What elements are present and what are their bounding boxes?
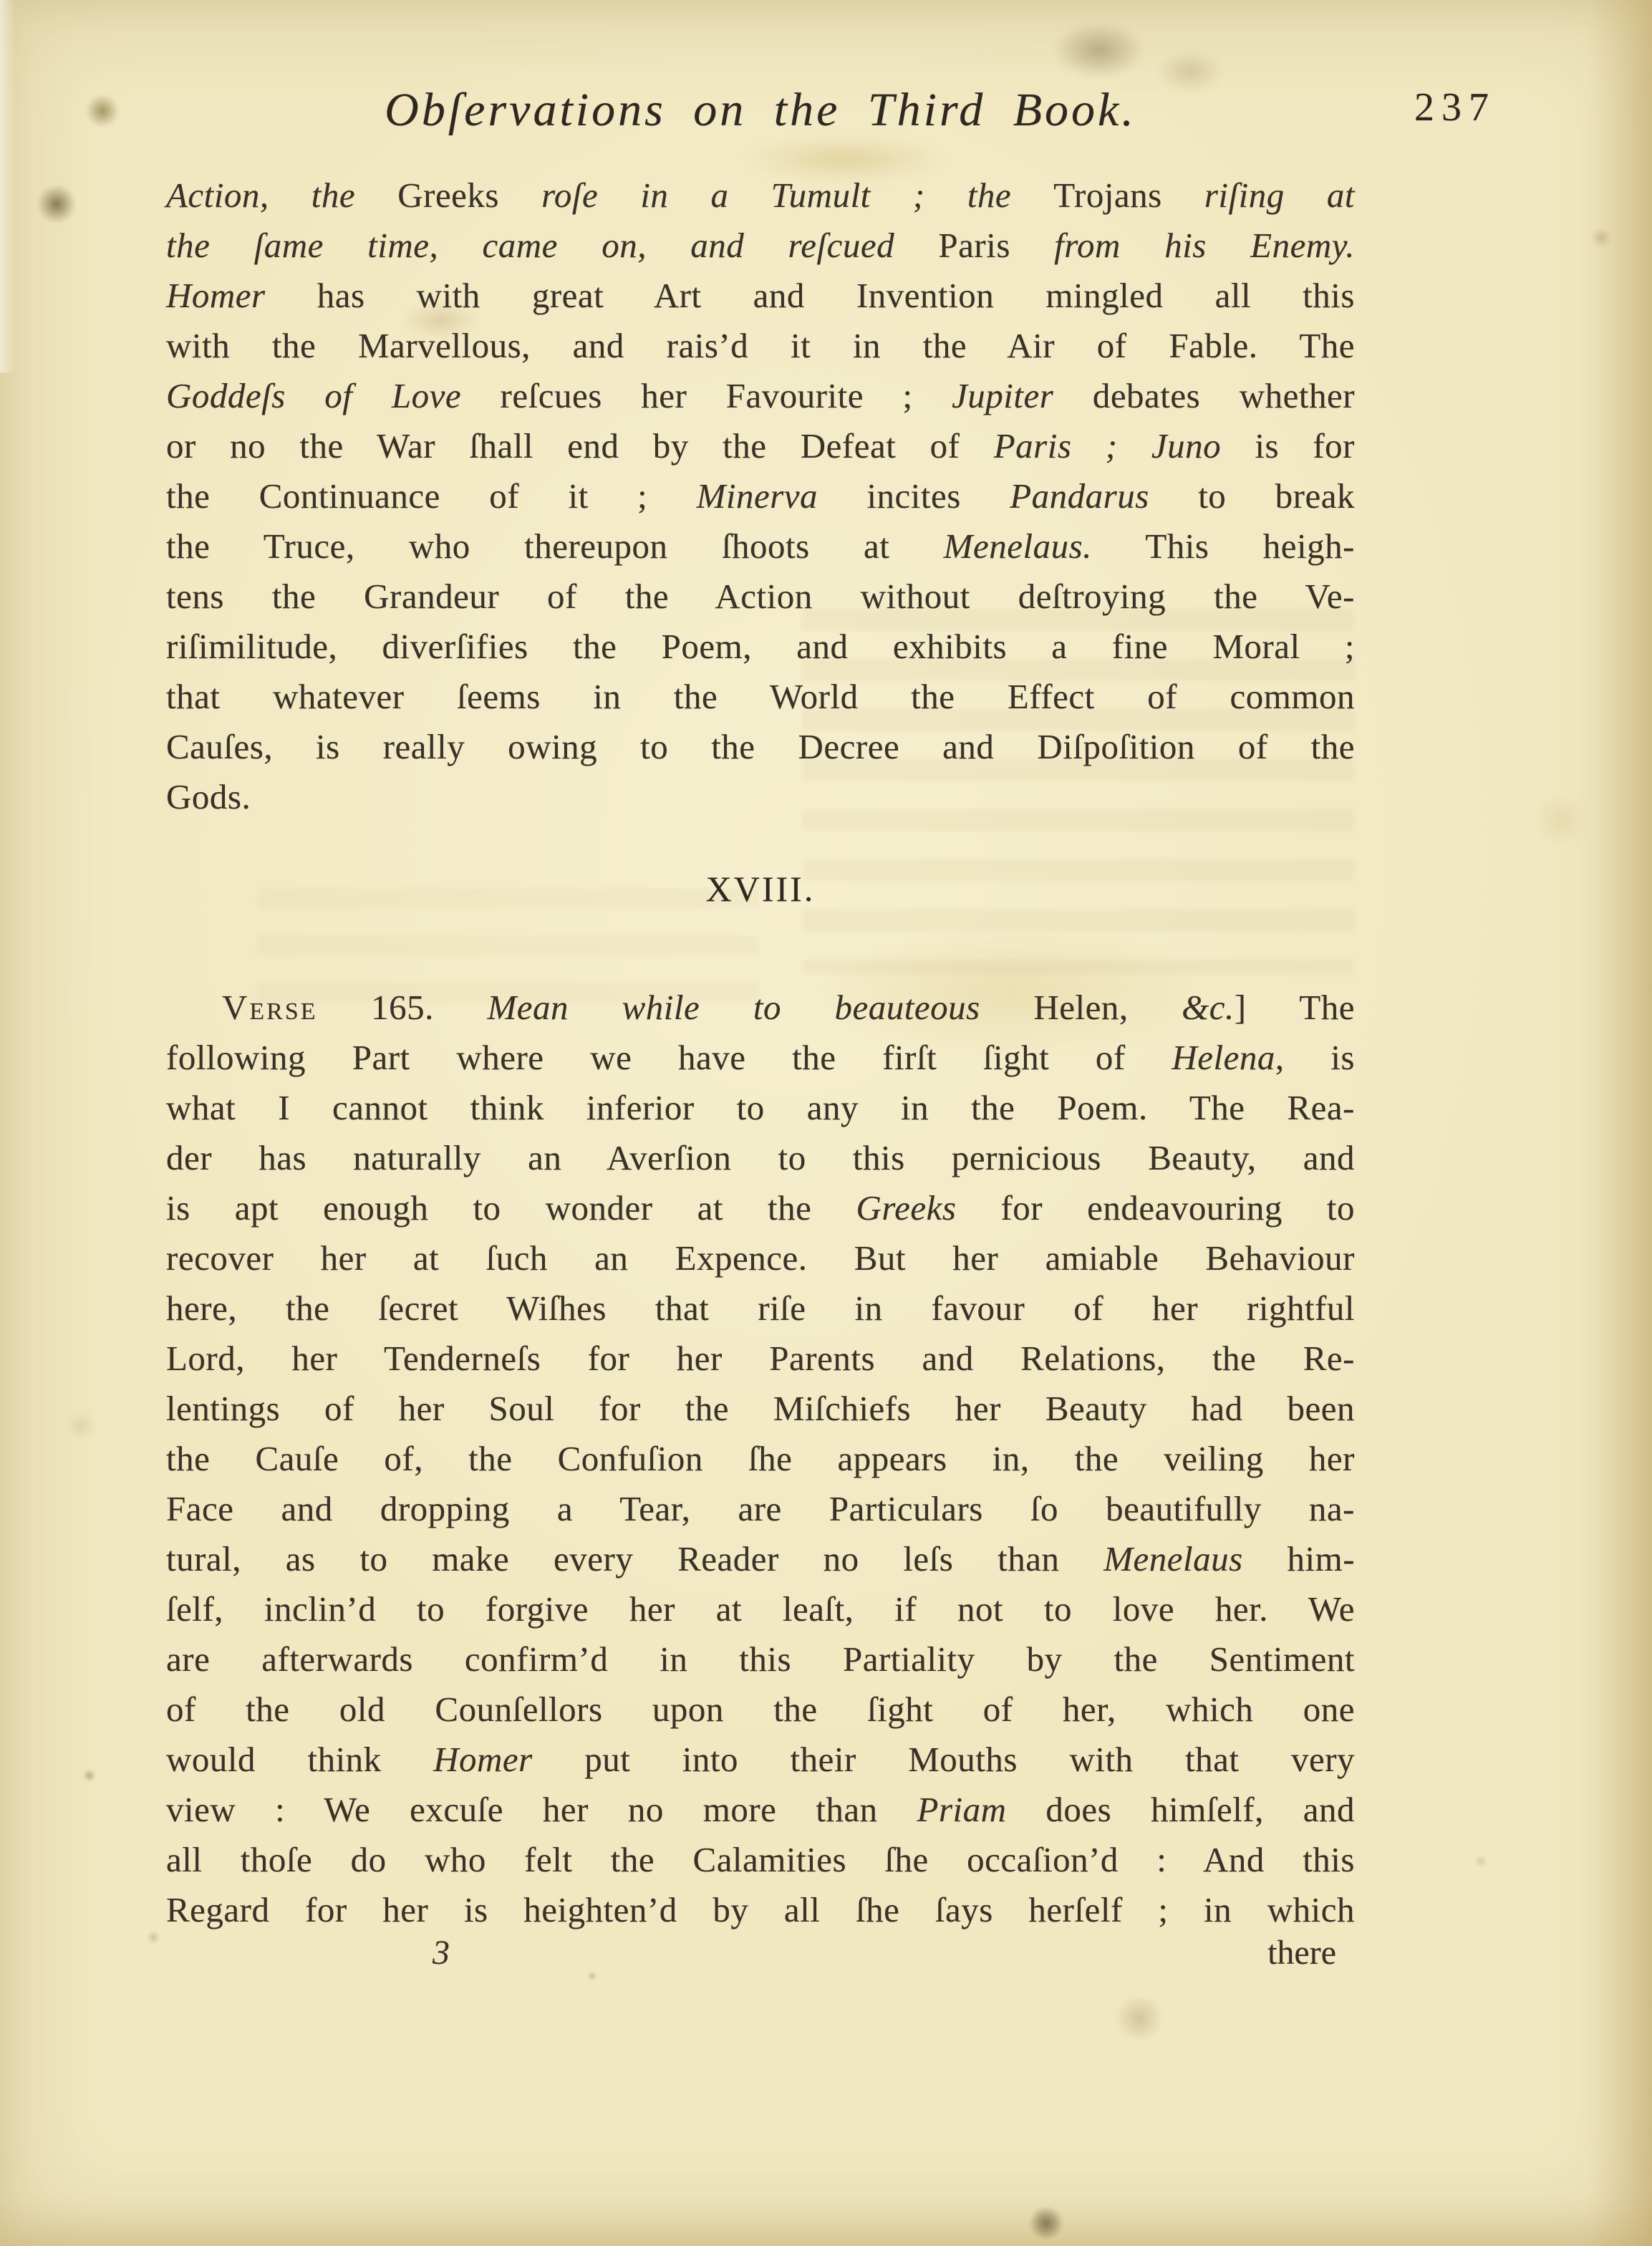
text-run: ] The (1235, 988, 1355, 1027)
text-line: or no the War ſhall end by the Defeat of… (166, 421, 1355, 471)
text-run: incites (866, 476, 1010, 516)
text-run: Regard for her is heighten’d by all ſhe … (166, 1890, 1355, 1929)
signature-mark: 3 (433, 1928, 450, 1978)
text-line: ſelf, inclin’d to forgive her at leaſt, … (166, 1584, 1355, 1634)
section-heading: XVIII. (166, 868, 1355, 910)
text-run: This heigh- (1092, 526, 1355, 566)
text-line: recover her at ſuch an Expence. But her … (166, 1233, 1355, 1283)
text-line: would think Homer put into their Mouths … (166, 1735, 1355, 1785)
text-line: Action, the Greeks roſe in a Tumult ; th… (166, 170, 1355, 221)
italic-text-run: Paris ; Juno (994, 426, 1255, 466)
foxing-spot (83, 1769, 96, 1782)
text-run: Trojans (1053, 175, 1204, 215)
text-line: tens the Grandeur of the Action without … (166, 572, 1355, 622)
text-line: view : We excuſe her no more than Priam … (166, 1785, 1355, 1835)
text-run: the Truce, who thereupon ſhoots at (166, 526, 944, 566)
book-page-scan: Obſervations on the Third Book. 237 Acti… (0, 0, 1652, 2246)
text-line: with the Marvellous, and rais’d it in th… (166, 321, 1355, 371)
text-run: tens the Grandeur of the Action without … (166, 577, 1355, 616)
italic-text-run: roſe in a Tumult ; the (541, 175, 1053, 215)
catchword: there (1267, 1928, 1336, 1978)
text-run: are afterwards confirm’d in this Partial… (166, 1639, 1355, 1679)
italic-text-run: Action, the (166, 175, 397, 215)
italic-text-run: Minerva (697, 476, 867, 516)
italic-text-run: &c. (1182, 988, 1235, 1027)
text-line: the ſame time, came on, and reſcued Pari… (166, 221, 1355, 271)
text-run: riſimilitude, diverſifies the Poem, and … (166, 627, 1355, 666)
text-run: would think (166, 1740, 433, 1779)
text-run: the Cauſe of, the Confuſion ſhe appears … (166, 1439, 1355, 1478)
text-run: debates whether (1093, 376, 1355, 415)
text-line: Lord, her Tenderneſs for her Parents and… (166, 1334, 1355, 1384)
text-line: the Cauſe of, the Confuſion ſhe appears … (166, 1434, 1355, 1484)
text-run: does himſelf, and (1045, 1790, 1355, 1829)
text-run: Face and dropping a Tear, are Particular… (166, 1489, 1355, 1528)
text-run: the Continuance of it ; (166, 476, 697, 516)
foxing-spot (148, 1929, 159, 1945)
page-edge-shading (1588, 0, 1652, 2246)
text-run: recover her at ſuch an Expence. But her … (166, 1238, 1355, 1278)
text-run: der has naturally an Averſion to this pe… (166, 1138, 1355, 1177)
text-line: is apt enough to wonder at the Greeks fo… (166, 1183, 1355, 1233)
italic-text-run: Goddeſs of Love (166, 376, 501, 415)
text-run: Paris (938, 226, 1054, 265)
text-line: Cauſes, is really owing to the Decree an… (166, 722, 1355, 772)
text-run: reſcues her Favourite ; (501, 376, 952, 415)
foxing-spot (66, 1412, 96, 1440)
text-line: the Continuance of it ; Minerva incites … (166, 471, 1355, 521)
text-line: all thoſe do who felt the Calamities ſhe… (166, 1835, 1355, 1885)
text-block: Action, the Greeks roſe in a Tumult ; th… (166, 0, 1355, 2246)
text-run: all thoſe do who felt the Calamities ſhe… (166, 1840, 1355, 1879)
text-line: Face and dropping a Tear, are Particular… (166, 1484, 1355, 1534)
text-run: following Part where we have the firſt ſ… (166, 1038, 1172, 1077)
page-number: 237 (1414, 85, 1496, 130)
text-run: for endeavouring to (1000, 1188, 1355, 1228)
italic-text-run: Menelaus. (944, 526, 1092, 566)
foxing-spot (86, 95, 119, 127)
paragraph-verse-165: Verse 165. Mean while to beauteous Helen… (166, 983, 1355, 1935)
italic-text-run: Priam (917, 1790, 1046, 1829)
text-line: of the old Counſellors upon the ſight of… (166, 1684, 1355, 1735)
text-run: Cauſes, is really owing to the Decree an… (166, 727, 1355, 766)
text-run: what I cannot think inferior to any in t… (166, 1088, 1355, 1127)
text-line: lentings of her Soul for the Miſchiefs h… (166, 1384, 1355, 1434)
text-run: of the old Counſellors upon the ſight of… (166, 1690, 1355, 1729)
text-line: what I cannot think inferior to any in t… (166, 1083, 1355, 1133)
text-run: tural, as to make every Reader no leſs t… (166, 1539, 1103, 1579)
text-run: lentings of her Soul for the Miſchiefs h… (166, 1389, 1355, 1428)
text-line: Verse 165. Mean while to beauteous Helen… (166, 983, 1355, 1033)
text-run: or no the War ſhall end by the Defeat of (166, 426, 994, 466)
italic-text-run: Jupiter (952, 376, 1093, 415)
text-run: with the Marvellous, and rais’d it in th… (166, 326, 1355, 365)
text-run: him- (1287, 1539, 1355, 1579)
text-run: Lord, her Tenderneſs for her Parents and… (166, 1339, 1355, 1378)
page-footer: 3 there (166, 1928, 1355, 1980)
text-run: , is (1275, 1038, 1355, 1077)
text-line: that whatever ſeems in the World the Eff… (166, 672, 1355, 722)
text-line: here, the ſecret Wiſhes that riſe in fav… (166, 1283, 1355, 1334)
italic-text-run: from his Enemy. (1054, 226, 1355, 265)
italic-text-run: Menelaus (1103, 1539, 1287, 1579)
text-run: Helen, (1033, 988, 1182, 1027)
text-line: Goddeſs of Love reſcues her Favourite ; … (166, 371, 1355, 421)
text-line: the Truce, who thereupon ſhoots at Menel… (166, 521, 1355, 572)
text-run: is for (1255, 426, 1355, 466)
italic-text-run: Mean while to beauteous (487, 988, 1033, 1027)
text-run: has with great Art and Invention mingled… (317, 276, 1355, 315)
italic-text-run: the ſame time, came on, and reſcued (166, 226, 938, 265)
italic-text-run: Homer (433, 1740, 584, 1779)
text-line: are afterwards confirm’d in this Partial… (166, 1634, 1355, 1684)
text-run: ſelf, inclin’d to forgive her at leaſt, … (166, 1589, 1355, 1629)
text-run: to break (1198, 476, 1355, 516)
text-run: here, the ſecret Wiſhes that riſe in fav… (166, 1288, 1355, 1328)
text-line: Gods. (166, 772, 1355, 822)
text-line: riſimilitude, diverſifies the Poem, and … (166, 622, 1355, 672)
italic-text-run: riſing at (1204, 175, 1355, 215)
small-caps-text-run: Verse (222, 988, 318, 1027)
paragraph-continuation: Action, the Greeks roſe in a Tumult ; th… (166, 170, 1355, 822)
text-line: following Part where we have the firſt ſ… (166, 1033, 1355, 1083)
italic-text-run: Pandarus (1010, 476, 1198, 516)
text-run: Gods. (166, 777, 251, 816)
text-line: Homer has with great Art and Invention m… (166, 271, 1355, 321)
foxing-spot (1591, 228, 1611, 248)
text-run: view : We excuſe her no more than (166, 1790, 917, 1829)
italic-text-run: Helena (1172, 1038, 1275, 1077)
italic-text-run: Homer (166, 276, 317, 315)
stain (1532, 795, 1590, 845)
text-run: Greeks (397, 175, 541, 215)
text-run: that whatever ſeems in the World the Eff… (166, 677, 1355, 716)
text-line: der has naturally an Averſion to this pe… (166, 1133, 1355, 1183)
text-run: put into their Mouths with that very (584, 1740, 1355, 1779)
text-line: tural, as to make every Reader no leſs t… (166, 1534, 1355, 1584)
foxing-spot (37, 185, 76, 223)
scan-edge-highlight (0, 0, 16, 372)
italic-text-run: Greeks (856, 1188, 1000, 1228)
foxing-spot (1474, 1855, 1488, 1868)
text-run: is apt enough to wonder at the (166, 1188, 856, 1228)
text-run: 165. (318, 988, 488, 1027)
